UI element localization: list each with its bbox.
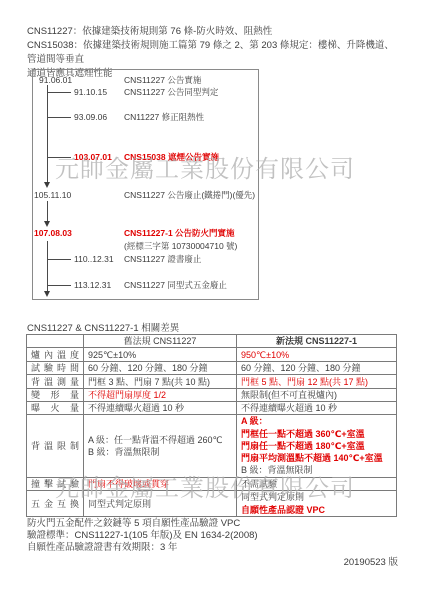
furnace-new-value: 950℃±10% bbox=[237, 348, 397, 362]
timeline-date: 103.07.01 bbox=[74, 152, 112, 162]
timeline-label: CNS11227 同型式五金廢止 bbox=[124, 280, 227, 290]
timeline-date: 93.09.06 bbox=[74, 112, 107, 122]
timeline-branch-tick bbox=[47, 259, 71, 260]
timeline-date: 107.08.03 bbox=[34, 228, 72, 238]
timeline-branch-tick bbox=[47, 157, 71, 158]
timeline-label: CN11227 修正阻熱性 bbox=[124, 112, 204, 122]
intro-line-1: CNS11227：依據建築技術規則第 76 條-防火時效、阻熱性 bbox=[27, 25, 401, 39]
hardware-new-value: 同型式判定原則 自願性產品認證 VPC bbox=[237, 491, 397, 517]
impact-old-value: 門扇不得破壞或貫穿 bbox=[84, 478, 237, 491]
comparison-table: 舊法規 CNS11227 新法規 CNS11227-1 爐 內 溫 度 925℃… bbox=[26, 334, 397, 517]
timeline-date: 105.11.10 bbox=[34, 190, 71, 200]
timeline-stem-1 bbox=[47, 85, 48, 183]
limit-new-line-5: B 級：背溫無限制 bbox=[241, 464, 392, 476]
limit-old-line-a: A 級：任一點背溫不得超過 260℃ bbox=[88, 434, 232, 446]
footer-note-validity: 自願性產品驗證證書有效期限：3 年 bbox=[27, 542, 177, 554]
intro-line-2: CNS15038：依據建築技術規則施工篇第 79 條之 2、第 203 條規定：… bbox=[27, 39, 401, 67]
timeline-stem-2 bbox=[47, 201, 48, 222]
hardware-new-line-1: 同型式判定原則 bbox=[241, 491, 392, 503]
timeline-label: CNS11227 公告實施 bbox=[124, 75, 201, 85]
furnace-old-value: 925℃±10% bbox=[84, 348, 237, 362]
header-blank-cell bbox=[27, 335, 84, 348]
arrow-down-icon bbox=[44, 291, 50, 297]
limit-new-value: A 級： 門框任一點不超過 360℃+室溫 門扇任一點不超過 180℃+室溫 門… bbox=[237, 415, 397, 478]
timeline-label: CNS11227-1 公告防火門實施 bbox=[124, 228, 235, 238]
row-label-impact-test: 撞 擊 試 驗 bbox=[27, 478, 84, 491]
table-row: 撞 擊 試 驗 門扇不得破壞或貫穿 不需試驗 bbox=[27, 478, 397, 491]
timeline-label: CNS11227 公告廢止(鐵捲門)(優先) bbox=[124, 190, 255, 200]
limit-old-line-b: B 級：背溫無限制 bbox=[88, 446, 232, 458]
arrow-down-icon bbox=[44, 221, 50, 227]
limit-new-line-4: 門扇平均測溫點不超過 140℃+室溫 bbox=[241, 452, 392, 464]
table-row: 背 溫 測 量 門框 3 點、門扇 7 點(共 10 點) 門框 5 點、門扇 … bbox=[27, 375, 397, 389]
table-row: 背 溫 限 制 A 級：任一點背溫不得超過 260℃ B 級：背溫無限制 A 級… bbox=[27, 415, 397, 478]
timeline-date: 113.12.31 bbox=[74, 280, 111, 290]
timeline-stem-3 bbox=[47, 241, 48, 291]
table-row: 試 驗 時 間 60 分鐘、120 分鐘、180 分鐘 60 分鐘、120 分鐘… bbox=[27, 362, 397, 375]
row-label-backtemp-limit: 背 溫 限 制 bbox=[27, 415, 84, 478]
impact-new-value: 不需試驗 bbox=[237, 478, 397, 491]
hardware-new-line-2: 自願性產品認證 VPC bbox=[241, 504, 392, 516]
document-version: 20190523 版 bbox=[344, 554, 398, 568]
timeline-sublabel: (經標三字第 10730004710 號) bbox=[124, 241, 237, 251]
flame-new-value: 不得連續曝火超過 10 秒 bbox=[237, 402, 397, 415]
timeline-label: CNS11227 證書廢止 bbox=[124, 254, 201, 264]
timeline-date: 110..12.31 bbox=[74, 254, 114, 264]
flame-old-value: 不得連續曝火超過 10 秒 bbox=[84, 402, 237, 415]
row-label-flame-exposure: 曝 火 量 bbox=[27, 402, 84, 415]
limit-new-line-3: 門扇任一點不超過 180℃+室溫 bbox=[241, 440, 392, 452]
table-row: 五 金 互 換 同型式判定原則 同型式判定原則 自願性產品認證 VPC bbox=[27, 491, 397, 517]
table-header-row: 舊法規 CNS11227 新法規 CNS11227-1 bbox=[27, 335, 397, 348]
timeline-label: CNS11227 公告同型判定 bbox=[124, 87, 218, 97]
points-old-value: 門框 3 點、門扇 7 點(共 10 點) bbox=[84, 375, 237, 389]
row-label-furnace-temp: 爐 內 溫 度 bbox=[27, 348, 84, 362]
timeline-label: CNS15038 遮煙公告實施 bbox=[124, 152, 219, 162]
hardware-old-value: 同型式判定原則 bbox=[84, 491, 237, 517]
limit-new-line-2: 門框任一點不超過 360℃+室溫 bbox=[241, 428, 392, 440]
table-row: 爐 內 溫 度 925℃±10% 950℃±10% bbox=[27, 348, 397, 362]
table-row: 曝 火 量 不得連續曝火超過 10 秒 不得連續曝火超過 10 秒 bbox=[27, 402, 397, 415]
row-label-test-time: 試 驗 時 間 bbox=[27, 362, 84, 375]
time-old-value: 60 分鐘、120 分鐘、180 分鐘 bbox=[84, 362, 237, 375]
deform-old-value: 不得超門扇厚度 1/2 bbox=[84, 389, 237, 402]
limit-old-value: A 級：任一點背溫不得超過 260℃ B 級：背溫無限制 bbox=[84, 415, 237, 478]
points-new-value: 門框 5 點、門扇 12 點(共 17 點) bbox=[237, 375, 397, 389]
timeline-date: 91.10.15 bbox=[74, 87, 107, 97]
arrow-down-icon bbox=[44, 182, 50, 188]
row-label-deformation: 變 形 量 bbox=[27, 389, 84, 402]
footer-note-vpc: 防火門五金配件之鉸鏈等 5 項自願性產品驗證 VPC bbox=[27, 518, 240, 530]
timeline-branch-tick bbox=[47, 285, 71, 286]
table-row: 變 形 量 不得超門扇厚度 1/2 無限制(但不可直視爐內) bbox=[27, 389, 397, 402]
table-title: CNS11227 & CNS11227-1 相關差異 bbox=[27, 320, 179, 334]
time-new-value: 60 分鐘、120 分鐘、180 分鐘 bbox=[237, 362, 397, 375]
header-old-standard: 舊法規 CNS11227 bbox=[84, 335, 237, 348]
row-label-hardware-interchange: 五 金 互 換 bbox=[27, 491, 84, 517]
document-page: 元帥金屬工業股份有限公司 元帥金屬工業股份有限公司 CNS11227：依據建築技… bbox=[0, 0, 424, 600]
footer-note-standards: 驗證標準：CNS11227-1(105 年版)及 EN 1634-2(2008) bbox=[27, 530, 258, 542]
row-label-backtemp-points: 背 溫 測 量 bbox=[27, 375, 84, 389]
timeline-branch-tick bbox=[47, 92, 71, 93]
header-new-standard: 新法規 CNS11227-1 bbox=[237, 335, 397, 348]
deform-new-value: 無限制(但不可直視爐內) bbox=[237, 389, 397, 402]
limit-new-line-1: A 級： bbox=[241, 415, 392, 427]
timeline-date: 91.06.01 bbox=[39, 75, 72, 85]
timeline-branch-tick bbox=[47, 117, 71, 118]
timeline-diagram: 91.06.01 CNS11227 公告實施 91.10.15 CNS11227… bbox=[32, 69, 259, 300]
